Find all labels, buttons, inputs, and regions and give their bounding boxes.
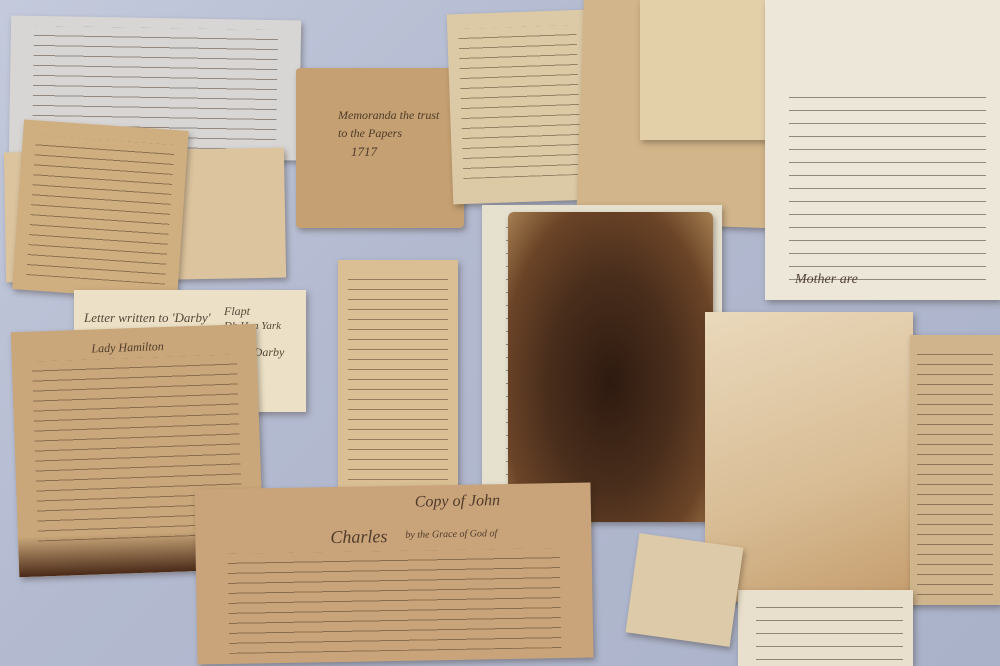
document-tall-note xyxy=(338,260,458,505)
packet-year: 1717 xyxy=(351,144,377,160)
letter-right-text: Mother are xyxy=(795,272,858,288)
document-newsprint xyxy=(738,590,913,666)
document-folded-note xyxy=(12,119,188,300)
packet-title-line-1: Memoranda the trust xyxy=(338,108,439,123)
envelope-title: Letter written to 'Darby' xyxy=(84,310,211,326)
document-burnt xyxy=(508,212,713,522)
document-torn-bundle-top xyxy=(640,0,775,140)
packet-title-line-2: to the Papers xyxy=(338,126,402,141)
envelope-annotation-1: Flapt xyxy=(224,304,250,319)
document-stack-far-right xyxy=(910,335,1000,605)
charter-opening: by the Grace of God of xyxy=(405,528,497,541)
document-charter-copy: Copy of John Charles by the Grace of God… xyxy=(195,483,594,665)
document-bottom-sheet xyxy=(626,533,744,647)
hamilton-heading: Lady Hamilton xyxy=(91,339,164,357)
charter-heading: Copy of John xyxy=(415,492,501,511)
document-folded-letter-right: Mother are xyxy=(765,0,1000,300)
charter-name: Charles xyxy=(330,526,387,548)
document-folded-packet-1717: Memoranda the trust to the Papers 1717 xyxy=(296,68,464,228)
document-stack-top-center xyxy=(447,10,594,205)
